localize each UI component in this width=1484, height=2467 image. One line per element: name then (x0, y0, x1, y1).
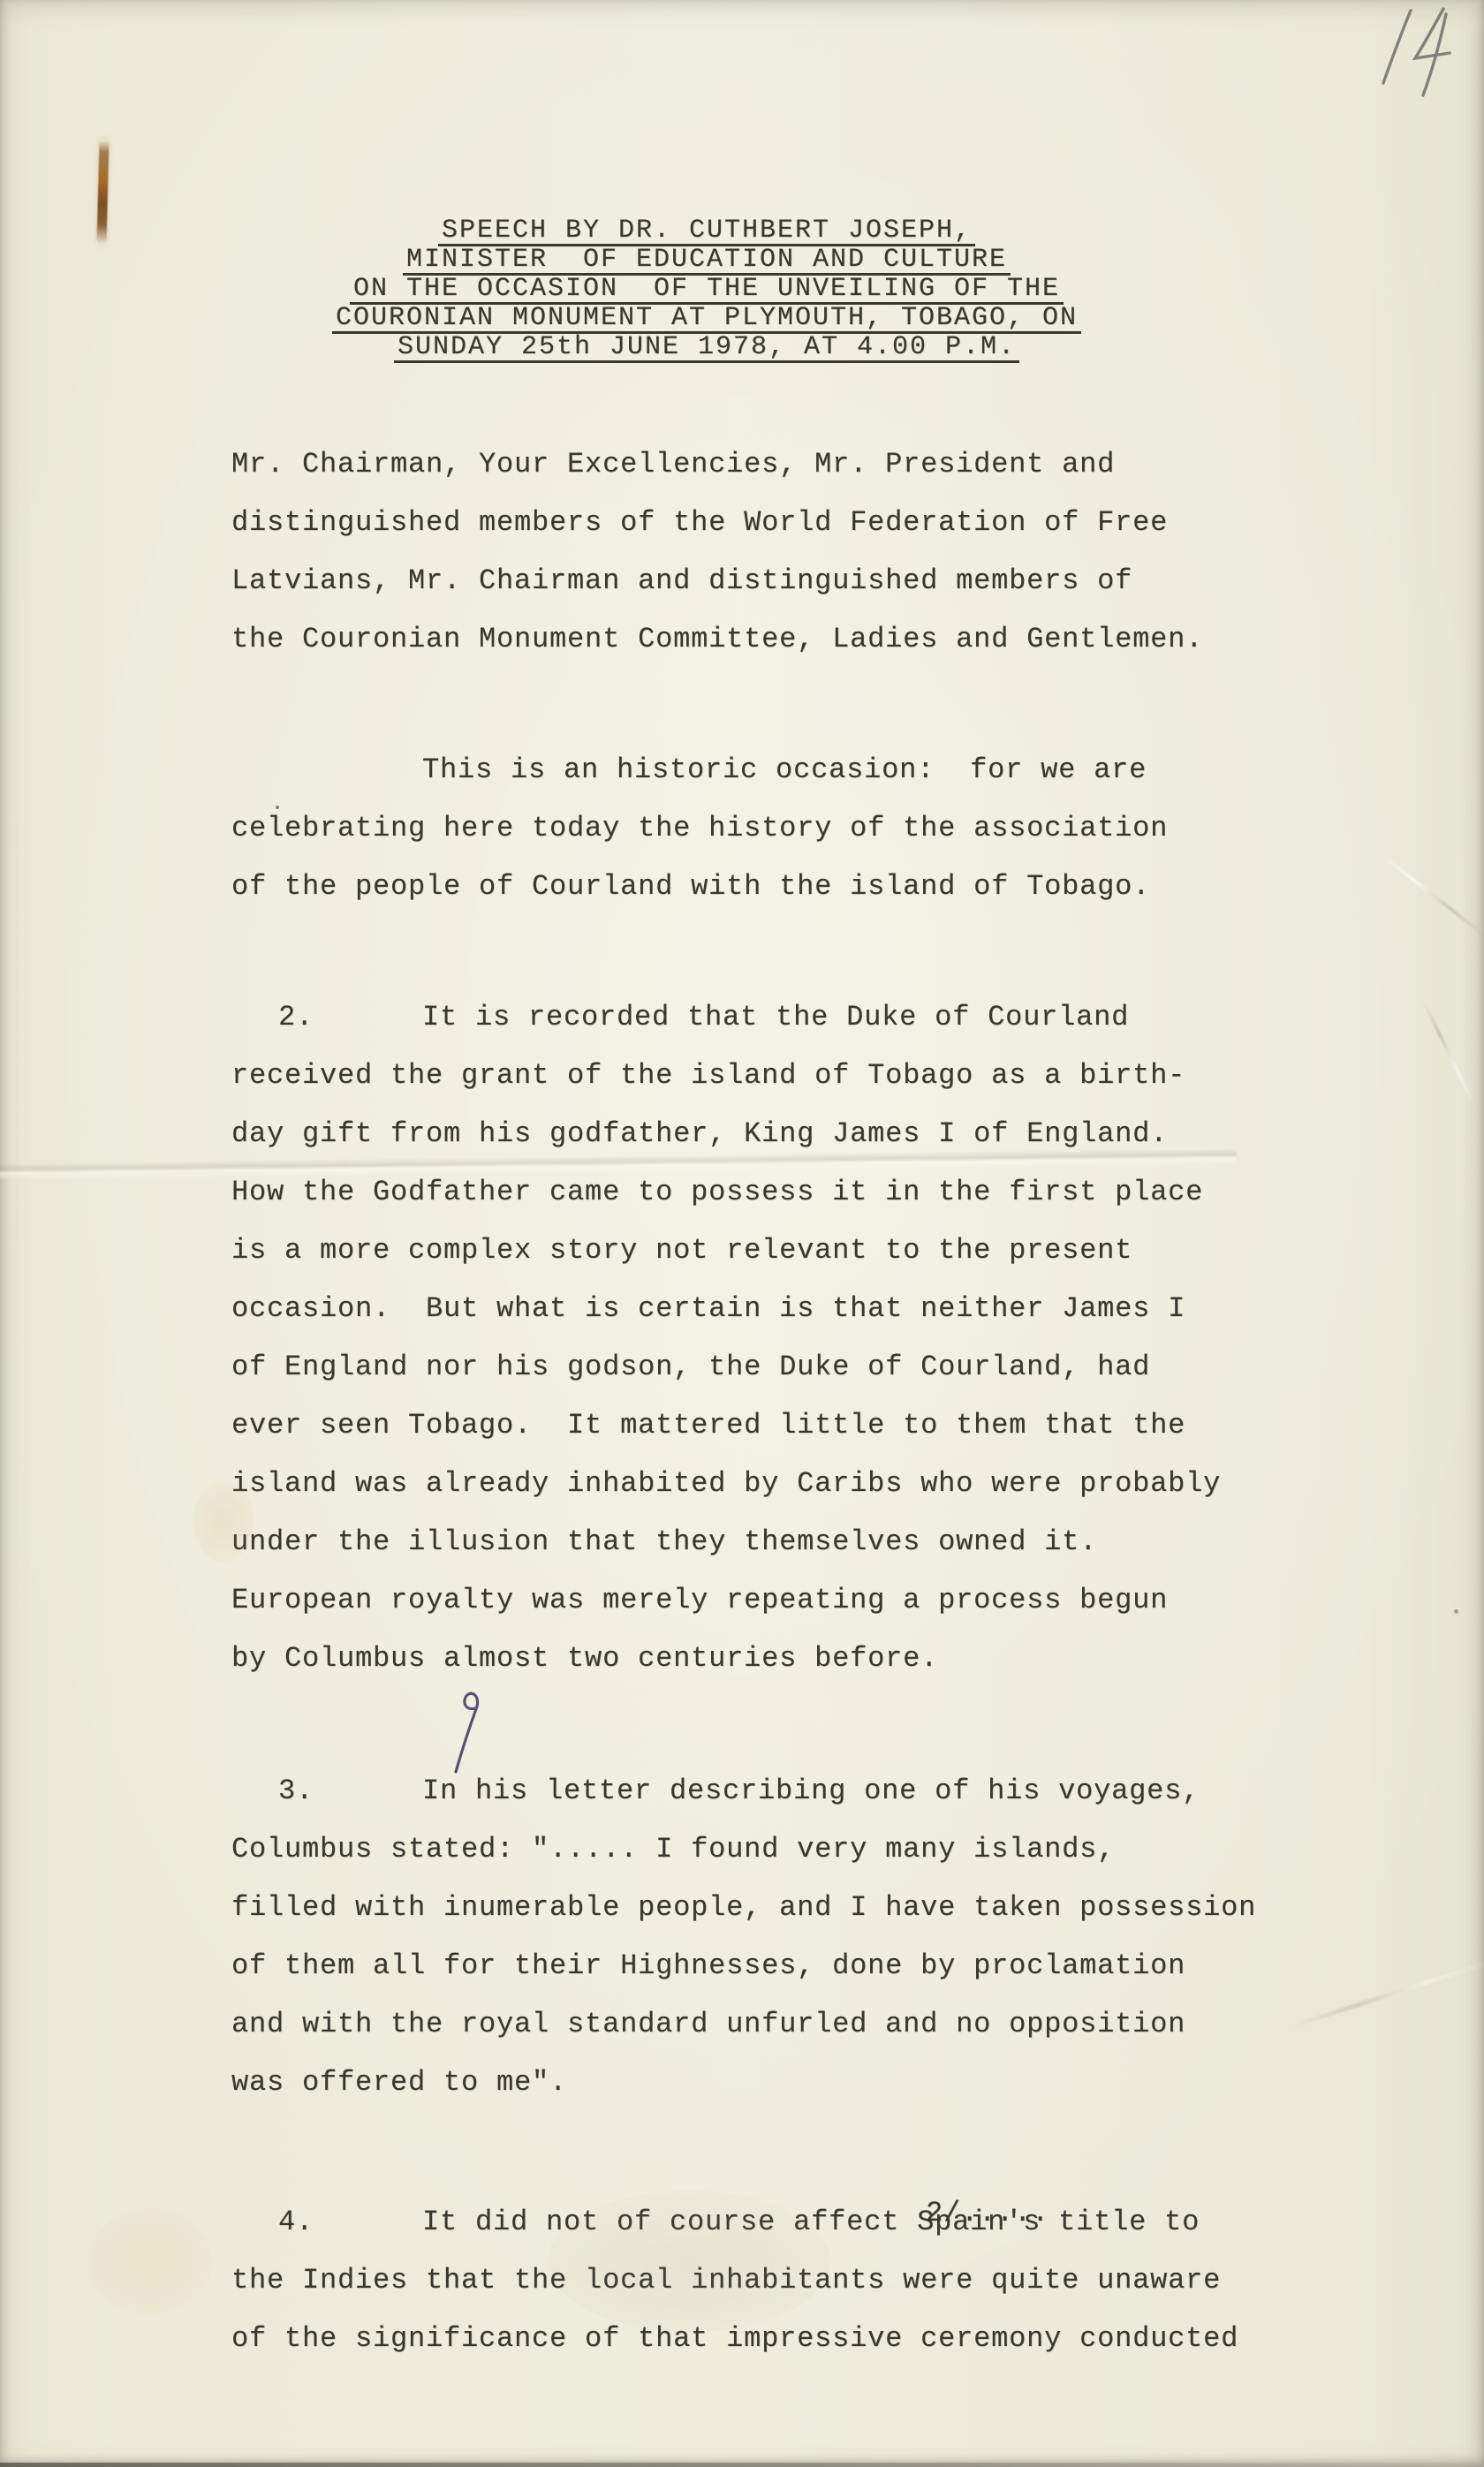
body-line: by Columbus almost two centuries before. (231, 1645, 938, 1673)
body-line: European royalty was merely repeating a … (231, 1586, 1168, 1615)
title-line-3: ON THE OCCASION OF THE UNVEILING OF THE (350, 276, 1064, 305)
body-line: occasion. But what is certain is that ne… (231, 1295, 1185, 1323)
handwritten-page-number (1360, 2, 1466, 108)
body-line: was offered to me". (231, 2069, 567, 2097)
ink-speck (1454, 1609, 1458, 1614)
body-line: is a more complex story not relevant to … (231, 1237, 1132, 1265)
title-line-4: COURONIAN MONUMENT AT PLYMOUTH, TOBAGO, … (332, 306, 1081, 334)
bottom-right-crease (1290, 1959, 1484, 2029)
scan-bottom-edge (0, 2463, 1484, 2467)
body-line: celebrating here today the history of th… (231, 814, 1168, 843)
scanned-document-page: SPEECH BY DR. CUTHBERT JOSEPH, MINISTER … (0, 0, 1484, 2467)
body-line: In his letter describing one of his voya… (422, 1777, 1200, 1805)
paper-stain (193, 1482, 254, 1562)
pencil-numeral-14-icon (1360, 2, 1466, 108)
body-line: Mr. Chairman, Your Excellencies, Mr. Pre… (231, 450, 1115, 479)
title-block: SPEECH BY DR. CUTHBERT JOSEPH, MINISTER … (300, 218, 1113, 364)
paragraph-number: 4. (278, 2208, 314, 2236)
body-line: Latvians, Mr. Chairman and distinguished… (231, 567, 1132, 595)
title-line-1: SPEECH BY DR. CUTHBERT JOSEPH, (438, 218, 975, 246)
body-line: Columbus stated: "..... I found very man… (231, 1835, 1115, 1864)
paper-stain (548, 2191, 830, 2332)
paragraph-number: 2. (278, 1003, 314, 1032)
paper-stain (88, 2208, 212, 2314)
paragraph-number: 3. (278, 1777, 314, 1805)
title-line-2: MINISTER OF EDUCATION AND CULTURE (403, 247, 1011, 276)
body-line: This is an historic occasion: for we are (422, 756, 1147, 784)
body-line: distinguished members of the World Feder… (231, 509, 1168, 537)
body-line: It is recorded that the Duke of Courland (422, 1003, 1129, 1032)
body-line: the Couronian Monument Committee, Ladies… (231, 625, 1203, 654)
right-edge-crease (1422, 1001, 1476, 1106)
body-line: of them all for their Highnesses, done b… (231, 1952, 1185, 1980)
body-line: filled with inumerable people, and I hav… (231, 1894, 1256, 1922)
footer-continuation-mark: 2/..... (926, 2199, 1049, 2228)
body-line: of the significance of that impressive c… (231, 2325, 1238, 2353)
title-line-5: SUNDAY 25th JUNE 1978, AT 4.00 P.M. (394, 335, 1019, 363)
ink-speck (276, 806, 279, 809)
body-line: of England nor his godson, the Duke of C… (231, 1353, 1150, 1381)
body-line: and with the royal standard unfurled and… (231, 2010, 1185, 2039)
body-line: under the illusion that they themselves … (231, 1528, 1097, 1556)
rust-stain (96, 140, 109, 244)
body-line: received the grant of the island of Toba… (231, 1062, 1185, 1090)
body-line: ever seen Tobago. It mattered little to … (231, 1411, 1185, 1440)
body-line: of the people of Courland with the islan… (231, 873, 1150, 901)
body-line: island was already inhabited by Caribs w… (231, 1470, 1221, 1498)
right-edge-crease (1381, 853, 1484, 938)
insertion-caret-mark (442, 1684, 495, 1776)
